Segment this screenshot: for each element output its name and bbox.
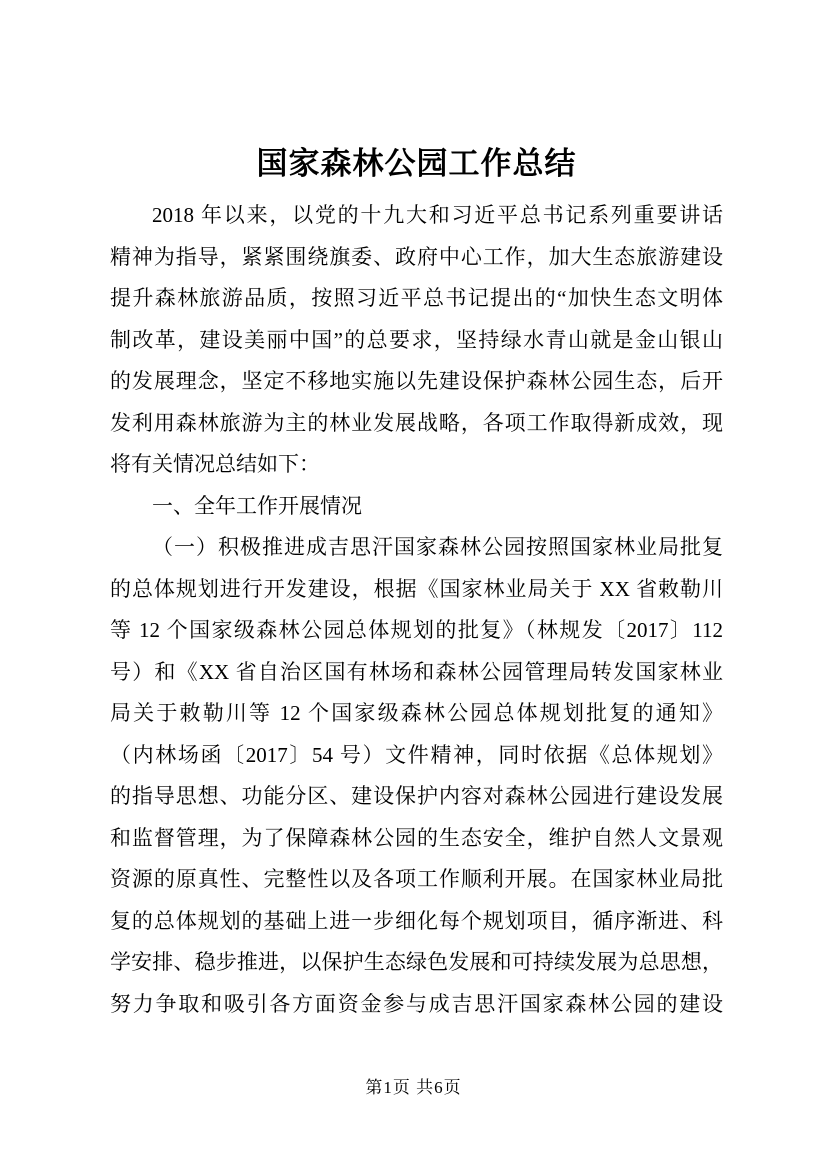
text-line: 发利用森林旅游为主的林业发展战略，各项工作取得新成效，现	[110, 403, 723, 445]
text-line: 努力争取和吸引各方面资金参与成吉思汗国家森林公园的建设	[110, 984, 723, 1026]
text-line: 局关于敕勒川等 12 个国家级森林公园总体规划批复的通知》	[110, 693, 723, 735]
text-line: 的总体规划进行开发建设，根据《国家林业局关于 XX 省敕勒川	[110, 569, 723, 611]
text-line: 复的总体规划的基础上进一步细化每个规划项目，循序渐进、科	[110, 901, 723, 943]
text-line: 和监督管理，为了保障森林公园的生态安全，维护自然人文景观	[110, 818, 723, 860]
text-line: 资源的原真性、完整性以及各项工作顺利开展。在国家林业局批	[110, 859, 723, 901]
page-number-footer: 第1页 共6页	[0, 1077, 827, 1099]
text-line: 的发展理念，坚定不移地实施以先建设保护森林公园生态，后开	[110, 361, 723, 403]
text-line: 号）和《XX 省自治区国有林场和森林公园管理局转发国家林业	[110, 652, 723, 694]
document-body: 2018 年以来，以党的十九大和习近平总书记系列重要讲话精神为指导，紧紧围绕旗委…	[110, 195, 723, 1025]
text-line: 的指导思想、功能分区、建设保护内容对森林公园进行建设发展	[110, 776, 723, 818]
text-line: 制改革，建设美丽中国”的总要求，坚持绿水青山就是金山银山	[110, 320, 723, 362]
text-line: 2018 年以来，以党的十九大和习近平总书记系列重要讲话	[110, 195, 723, 237]
document-content: 国家森林公园工作总结 2018 年以来，以党的十九大和习近平总书记系列重要讲话精…	[0, 0, 827, 1025]
text-line: 等 12 个国家级森林公园总体规划的批复》（林规发〔2017〕112	[110, 610, 723, 652]
text-line: 学安排、稳步推进，以保护生态绿色发展和可持续发展为总思想，	[110, 942, 723, 984]
section-heading: 一、全年工作开展情况	[110, 486, 723, 528]
document-page: 国家森林公园工作总结 2018 年以来，以党的十九大和习近平总书记系列重要讲话精…	[0, 0, 827, 1170]
text-line: 精神为指导，紧紧围绕旗委、政府中心工作，加大生态旅游建设	[110, 237, 723, 279]
text-line: 将有关情况总结如下：	[110, 444, 723, 486]
text-line: 提升森林旅游品质，按照习近平总书记提出的“加快生态文明体	[110, 278, 723, 320]
text-line: （内林场函〔2017〕54 号）文件精神，同时依据《总体规划》	[110, 735, 723, 777]
text-line: （一）积极推进成吉思汗国家森林公园按照国家林业局批复	[110, 527, 723, 569]
document-title: 国家森林公园工作总结	[110, 142, 723, 186]
